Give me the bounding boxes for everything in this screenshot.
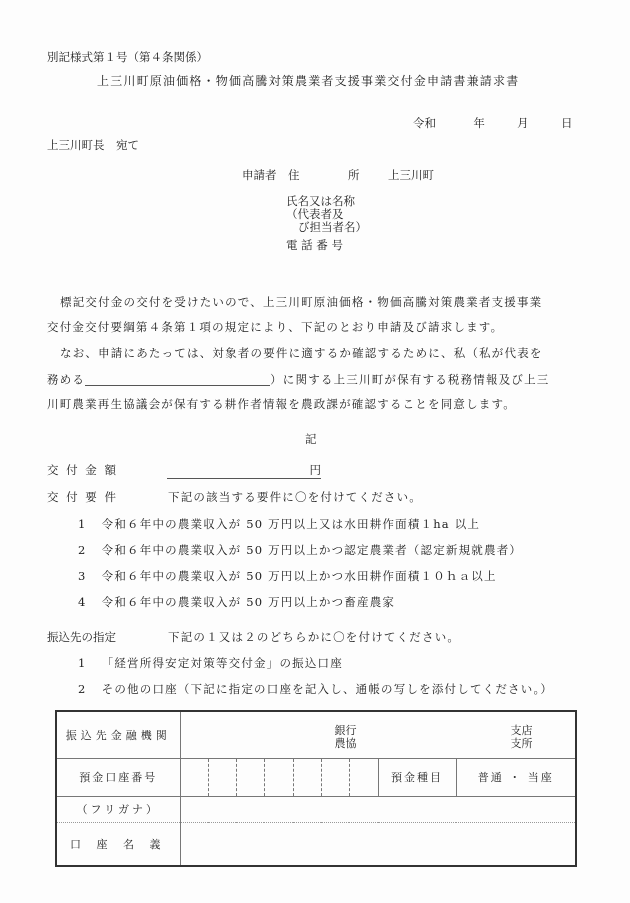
amount-unit: 円 bbox=[310, 463, 322, 477]
requirement-num: 2 bbox=[78, 545, 98, 557]
requirement-num: 4 bbox=[78, 597, 98, 609]
requirements-label: 交 付 要 件 bbox=[47, 492, 118, 504]
branch-label-1: 支店 bbox=[511, 724, 533, 737]
account-digit-2[interactable] bbox=[208, 758, 236, 796]
transfer-text: 「経営所得安定対策等交付金」の振込口座 bbox=[102, 656, 343, 670]
applicant-label: 申請者 bbox=[242, 170, 277, 182]
transfer-item-1[interactable]: 1 「経営所得安定対策等交付金」の振込口座 bbox=[78, 658, 343, 670]
body-para2-line1: なお、申請にあたっては、対象者の要件に適するか確認するために、私（私が代表を bbox=[60, 348, 543, 360]
row-account-number: 預金口座番号 預金種目 普通 ・ 当座 bbox=[56, 758, 576, 796]
address-label-1: 住 bbox=[288, 170, 300, 182]
account-digit-3[interactable] bbox=[236, 758, 264, 796]
account-digit-5[interactable] bbox=[293, 758, 321, 796]
requirement-num: 1 bbox=[78, 519, 98, 531]
name-field[interactable] bbox=[390, 196, 570, 234]
furigana-label: （フリガナ） bbox=[56, 796, 180, 822]
transfer-num: 2 bbox=[78, 684, 98, 696]
date-year-label: 年 bbox=[473, 116, 485, 130]
body-para1-line2: 交付金交付要綱第４条第１項の規定により、下記のとおり申請及び請求します。 bbox=[47, 322, 503, 334]
requirement-text: 令和６年中の農業収入が 50 万円以上かつ認定農業者（認定新規就農者） bbox=[102, 543, 522, 557]
transfer-instruction: 下記の１又は２のどちらかに〇を付けてください。 bbox=[168, 632, 460, 644]
account-digit-6[interactable] bbox=[321, 758, 349, 796]
addressee: 上三川町長 宛て bbox=[47, 140, 139, 152]
requirement-item-2[interactable]: 2 令和６年中の農業収入が 50 万円以上かつ認定農業者（認定新規就農者） bbox=[78, 545, 522, 557]
requirement-text: 令和６年中の農業収入が 50 万円以上又は水田耕作面積１ha 以上 bbox=[102, 517, 480, 531]
account-type-label: 預金種目 bbox=[378, 758, 456, 796]
branch-type-label: 支店 支所 bbox=[511, 724, 533, 750]
requirement-text: 令和６年中の農業収入が 50 万円以上かつ水田耕作面積１０ｈａ以上 bbox=[102, 569, 497, 583]
name-label-3: び担当者名） bbox=[298, 222, 367, 234]
requirement-item-1[interactable]: 1 令和６年中の農業収入が 50 万円以上又は水田耕作面積１ha 以上 bbox=[78, 519, 480, 531]
date-month-label: 月 bbox=[517, 116, 529, 130]
name-label-2: （代表者及 bbox=[286, 209, 344, 221]
account-name-field[interactable] bbox=[180, 822, 576, 866]
institution-field[interactable]: 銀行 農協 支店 支所 bbox=[180, 711, 576, 758]
date-era: 令和 bbox=[413, 116, 436, 130]
requirement-item-3[interactable]: 3 令和６年中の農業収入が 50 万円以上かつ水田耕作面積１０ｈａ以上 bbox=[78, 571, 497, 583]
amount-label: 交 付 金 額 bbox=[47, 465, 118, 477]
body-para2-line3: 川町農業再生協議会が保有する耕作者情報を農政課が確認することを同意します。 bbox=[47, 399, 516, 411]
bank-account-table: 振込先金融機関 銀行 農協 支店 支所 預金口座番号 預金種目 普通 ・ 当座 … bbox=[55, 710, 577, 867]
body-para1-line1: 標記交付金の交付を受けたいので、上三川町原油価格・物価高騰対策農業者支援事業 bbox=[60, 297, 542, 309]
bank-label-2: 農協 bbox=[335, 737, 357, 750]
account-type-options[interactable]: 普通 ・ 当座 bbox=[456, 758, 576, 796]
phone-field[interactable] bbox=[390, 238, 570, 254]
transfer-num: 1 bbox=[78, 658, 98, 670]
transfer-label: 振込先の指定 bbox=[47, 632, 116, 644]
account-number-label: 預金口座番号 bbox=[56, 758, 180, 796]
address-label-2: 所 bbox=[348, 170, 360, 182]
form-title: 上三川町原油価格・物価高騰対策農業者支援事業交付金申請書兼請求書 bbox=[97, 75, 519, 87]
row-account-name: 口 座 名 義 bbox=[56, 822, 576, 866]
address-value[interactable]: 上三川町 bbox=[388, 170, 434, 182]
account-digit-1[interactable] bbox=[180, 758, 208, 796]
requirements-instruction: 下記の該当する要件に〇を付けてください。 bbox=[168, 492, 422, 504]
body-para2-line2-post: ）に関する上三川町が保有する税務情報及び上三 bbox=[270, 373, 549, 387]
body-para2-line2-pre: 務める bbox=[47, 373, 85, 387]
requirement-text: 令和６年中の農業収入が 50 万円以上かつ畜産農家 bbox=[102, 595, 395, 609]
body-para2-line2: 務める）に関する上三川町が保有する税務情報及び上三 bbox=[47, 373, 550, 386]
account-name-label: 口 座 名 義 bbox=[56, 822, 180, 866]
requirement-item-4[interactable]: 4 令和６年中の農業収入が 50 万円以上かつ畜産農家 bbox=[78, 597, 395, 609]
phone-label: 電 話 番 号 bbox=[286, 240, 343, 252]
row-institution: 振込先金融機関 銀行 農協 支店 支所 bbox=[56, 711, 576, 758]
account-digit-7[interactable] bbox=[349, 758, 378, 796]
account-digit-4[interactable] bbox=[264, 758, 293, 796]
amount-field[interactable]: 円 bbox=[167, 465, 321, 479]
branch-label-2: 支所 bbox=[511, 737, 533, 750]
transfer-item-2[interactable]: 2 その他の口座（下記に指定の口座を記入し、通帳の写しを添付してください。） bbox=[78, 684, 553, 696]
representative-org-field[interactable] bbox=[85, 373, 270, 386]
ki-heading: 記 bbox=[305, 434, 317, 446]
bank-label-1: 銀行 bbox=[335, 724, 357, 737]
bank-type-label: 銀行 農協 bbox=[335, 724, 357, 750]
furigana-field[interactable] bbox=[180, 796, 576, 822]
requirement-num: 3 bbox=[78, 571, 98, 583]
transfer-text: その他の口座（下記に指定の口座を記入し、通帳の写しを添付してください。） bbox=[102, 682, 553, 696]
date-line: 令和 年 月 日 bbox=[413, 118, 572, 130]
date-day-label: 日 bbox=[561, 116, 573, 130]
name-label-1: 氏名又は名称 bbox=[286, 196, 355, 208]
form-number: 別記様式第１号（第４条関係） bbox=[47, 52, 208, 64]
row-furigana: （フリガナ） bbox=[56, 796, 576, 822]
institution-label: 振込先金融機関 bbox=[56, 711, 180, 758]
